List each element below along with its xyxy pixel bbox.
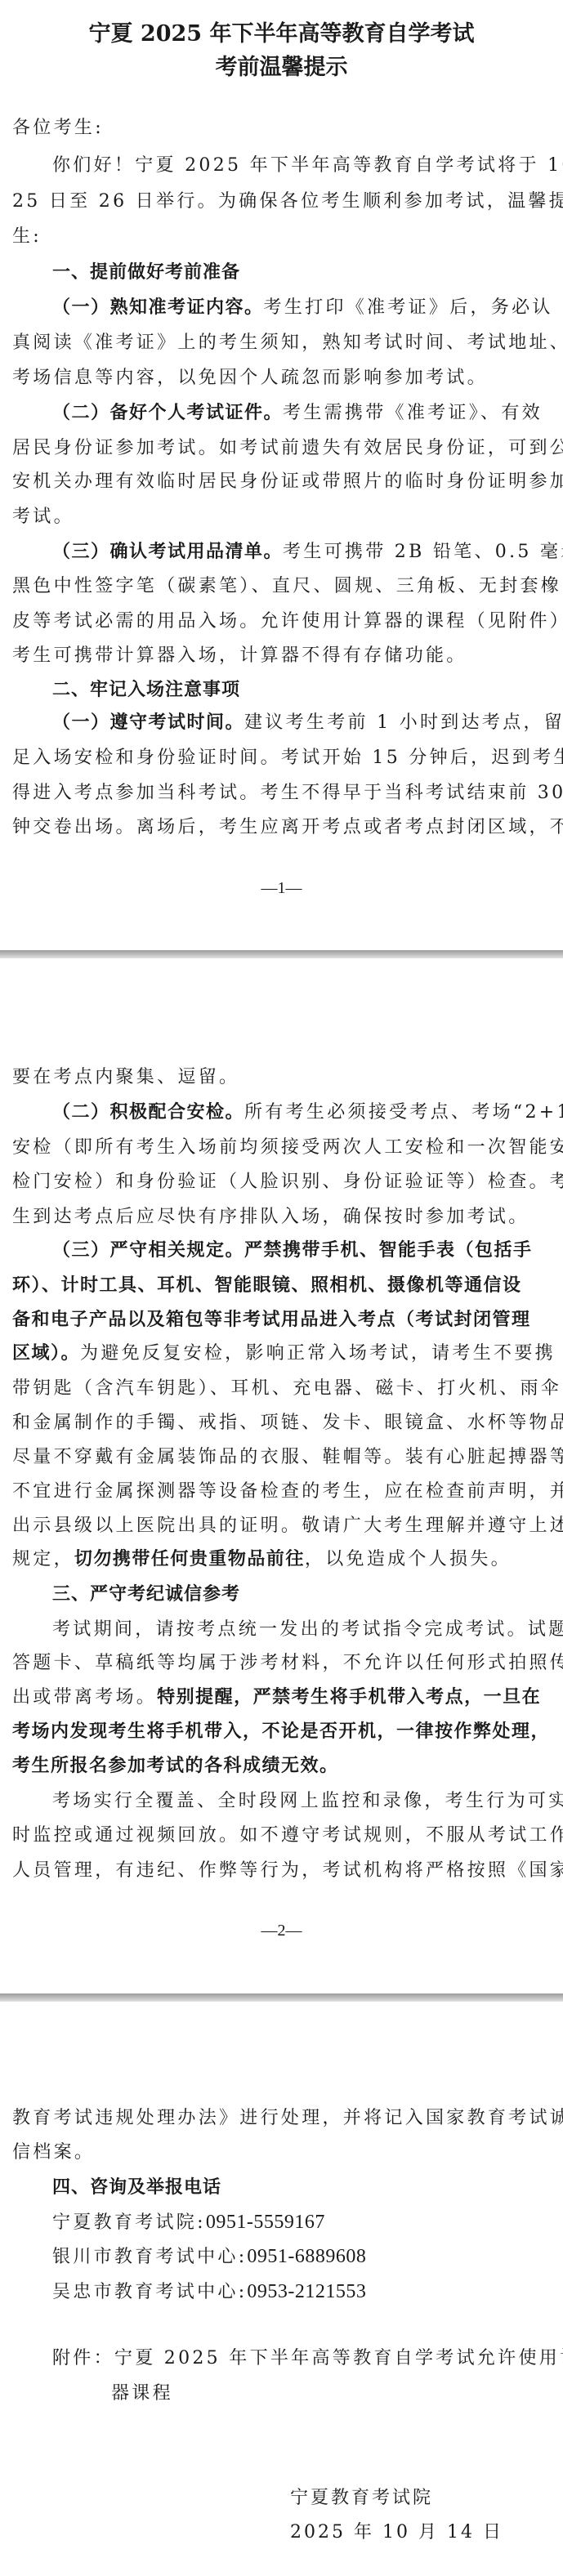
paragraph-line: 考生可携带计算器入场，计算器不得有存储功能。	[12, 640, 554, 672]
attachment-line: 器课程	[111, 2377, 563, 2410]
page-number: —2—	[0, 1918, 563, 1943]
section-heading-1: 一、提前做好考前准备	[52, 257, 554, 289]
paragraph-2-2: （二）积极配合安检。所有考生必须接受考点、考场“2+1”	[52, 1096, 554, 1129]
paragraph-line: 得进入考点参加当科考试。考生不得早于当科考试结束前 30 分	[12, 777, 554, 810]
page-break-divider	[0, 1993, 563, 2002]
paragraph-line: 答题卡、草稿纸等均属于涉考材料，不允许以任何形式拍照传	[12, 1647, 554, 1680]
contact-phone: 0953-2121553	[247, 2281, 366, 2302]
paragraph-line: 出或带离考场。特别提醒，严禁考生将手机带入考点，一旦在	[12, 1681, 554, 1714]
paragraph-line: 人员管理，有违纪、作弊等行为，考试机构将严格按照《国家	[12, 1855, 554, 1887]
paragraph-1-1: （一）熟知准考证内容。考生打印《准考证》后，务必认	[52, 292, 554, 324]
paragraph-line-bold: 备和电子产品以及箱包等非考试用品进入考点（考试封闭管理	[12, 1304, 554, 1337]
paragraph-line: 生到达考点后应尽快有序排队入场，确保按时参加考试。	[12, 1201, 554, 1234]
item-label: （三）确认考试用品清单。	[52, 542, 283, 562]
paragraph-line: 教育考试违规处理办法》进行处理，并将记入国家教育考试诚	[12, 2102, 554, 2135]
paragraph-line-bold: 考生所报名参加考试的各科成绩无效。	[12, 1750, 554, 1783]
paragraph-line: 考场信息等内容，以免因个人疏忽而影响参加考试。	[12, 362, 554, 395]
salutation: 各位考生:	[12, 112, 554, 145]
paragraph-line: 考试。	[12, 501, 554, 534]
item-label: （一）熟知准考证内容。	[52, 297, 264, 318]
section-heading-3: 三、严守考纪诚信参考	[52, 1578, 554, 1611]
paragraph-line: 带钥匙（含汽车钥匙）、耳机、充电器、磁卡、打火机、雨伞	[12, 1373, 554, 1405]
document-title-line1: 宁夏 2025 年下半年高等教育自学考试	[0, 20, 563, 48]
page-break-divider	[0, 950, 563, 958]
paragraph-line-bold: 考场内发现考生将手机带入，不论是否开机，一律按作弊处理，	[12, 1716, 554, 1748]
paragraph-line: 检门安检）和身份验证（人脸识别、身份证验证等）检查。考	[12, 1166, 554, 1199]
intro-line: 生:	[12, 221, 554, 253]
paragraph-line: 信档案。	[12, 2136, 554, 2169]
attachment-line: 附件：宁夏 2025 年下半年高等教育自学考试允许使用计算	[52, 2342, 554, 2375]
contact-item: 宁夏教育考试院:0951-5559167	[52, 2206, 554, 2239]
section-heading-2: 二、牢记入场注意事项	[52, 674, 554, 707]
paragraph-line: 区域）。为避免反复安检，影响正常入场考试，请考生不要携	[12, 1337, 554, 1370]
signature-org: 宁夏教育考试院	[290, 2482, 433, 2515]
paragraph-line: 居民身份证参加考试。如考试前遗失有效居民身份证，可到公	[12, 432, 554, 465]
signature-date: 2025 年 10 月 14 日	[290, 2516, 503, 2549]
paragraph-line: 安检（即所有考生入场前均须接受两次人工安检和一次智能安	[12, 1132, 554, 1164]
intro-line: 25 日至 26 日举行。为确保各位考生顺利参加考试，温馨提醒考	[12, 185, 554, 218]
paragraph-line: 考试期间，请按考点统一发出的考试指令完成考试。试题、	[52, 1614, 554, 1646]
item-label: （二）备好个人考试证件。	[52, 403, 283, 423]
paragraph-line: 真阅读《准考证》上的考生须知，熟知考试时间、考试地址、	[12, 327, 554, 359]
section-heading-4: 四、咨询及举报电话	[52, 2172, 554, 2204]
contact-phone: 0951-6889608	[247, 2246, 366, 2267]
paragraph-line: 安机关办理有效临时居民身份证或带照片的临时身份证明参加	[12, 466, 554, 498]
contact-phone: 0951-5559167	[206, 2212, 325, 2233]
paragraph-1-3: （三）确认考试用品清单。考生可携带 2B 铅笔、0.5 毫米	[52, 536, 554, 569]
item-label: （三）严守相关规定。	[52, 1240, 244, 1261]
paragraph-line: 钟交卷出场。离场后，考生应离开考点或者考点封闭区域，不	[12, 811, 554, 844]
contact-item: 银川市教育考试中心:0951-6889608	[52, 2240, 554, 2273]
paragraph-line: 规定，切勿携带任何贵重物品前往，以免造成个人损失。	[12, 1543, 554, 1576]
paragraph-line: 出示县级以上医院出具的证明。敬请广大考生理解并遵守上述	[12, 1510, 554, 1542]
item-label: （二）积极配合安检。	[52, 1102, 244, 1123]
paragraph-line: 黑色中性签字笔（碳素笔）、直尺、圆规、三角板、无封套橡	[12, 570, 554, 603]
paragraph-line: 要在考点内聚集、逗留。	[12, 1061, 554, 1094]
paragraph-line: 皮等考试必需的用品入场。允许使用计算器的课程（见附件），	[12, 605, 554, 638]
page-number: —1—	[0, 876, 563, 900]
contact-org: 银川市教育考试中心:	[52, 2247, 247, 2267]
paragraph-line: 不宜进行金属探测器等设备检查的考生，应在检查前声明，并	[12, 1476, 554, 1508]
item-label: （一）遵守考试时间。	[52, 712, 244, 733]
paragraph-line-bold: 环）、计时工具、耳机、智能眼镜、照相机、摄像机等通信设	[12, 1270, 554, 1302]
contact-org: 宁夏教育考试院:	[52, 2212, 206, 2233]
contact-org: 吴忠市教育考试中心:	[52, 2282, 247, 2302]
paragraph-line: 时监控或通过视频回放。如不遵守考试规则，不服从考试工作	[12, 1819, 554, 1852]
paragraph-line: 和金属制作的手镯、戒指、项链、发卡、眼镜盒、水杯等物品，	[12, 1407, 554, 1440]
intro-line: 你们好！宁夏 2025 年下半年高等教育自学考试将于 10 月	[52, 150, 554, 182]
paragraph-2-3: （三）严守相关规定。严禁携带手机、智能手表（包括手	[52, 1234, 554, 1267]
paragraph-line: 考场实行全覆盖、全时段网上监控和录像，考生行为可实	[52, 1785, 554, 1818]
paragraph-1-2: （二）备好个人考试证件。考生需携带《准考证》、有效	[52, 397, 554, 430]
paragraph-line: 尽量不穿戴有金属装饰品的衣服、鞋帽等。装有心脏起搏器等	[12, 1441, 554, 1474]
paragraph-2-1: （一）遵守考试时间。建议考生考前 1 小时到达考点，留	[52, 707, 554, 739]
document-title-line2: 考前温馨提示	[0, 54, 563, 82]
paragraph-line: 足入场安检和身份验证时间。考试开始 15 分钟后，迟到考生不	[12, 742, 554, 775]
contact-item: 吴忠市教育考试中心:0953-2121553	[52, 2275, 554, 2308]
